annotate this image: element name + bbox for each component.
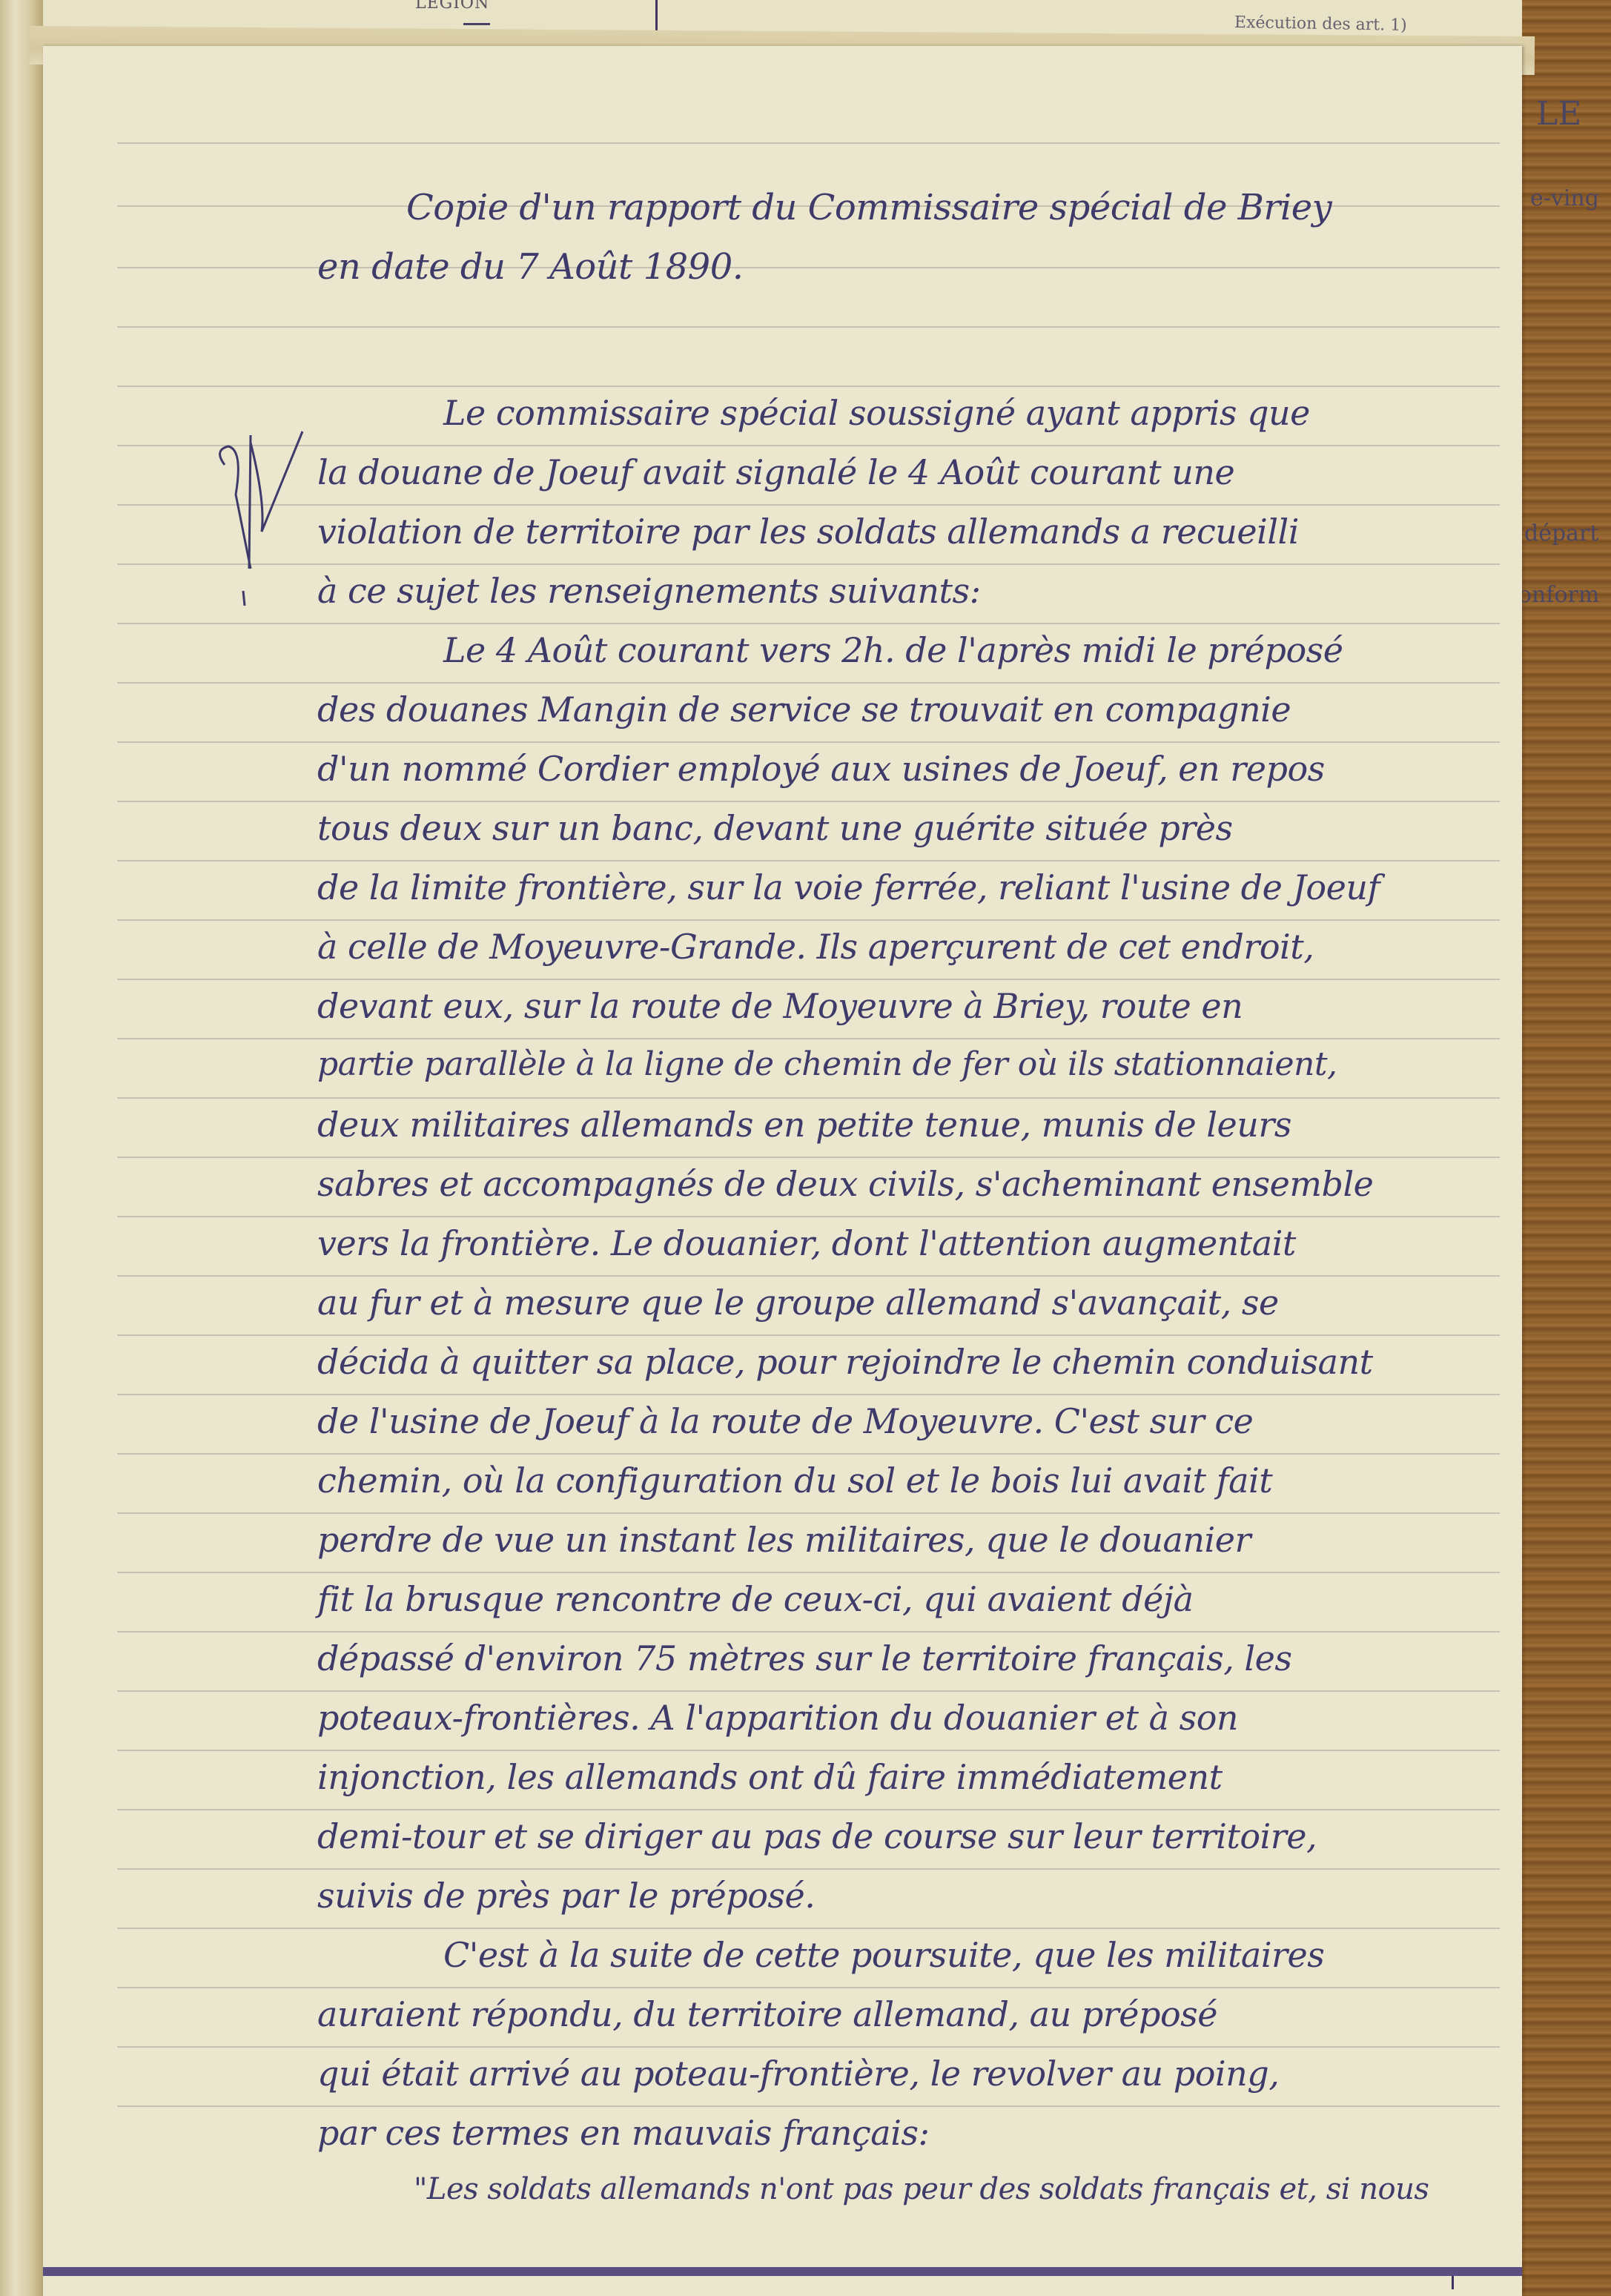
report-line: Le commissaire spécial soussigné ayant a… [443,393,1310,433]
report-line: à ce sujet les renseignements suivants: [317,571,981,611]
report-line: décida à quitter sa place, pour rejoindr… [317,1342,1373,1382]
report-line: fit la brusque rencontre de ceux-ci, qui… [317,1579,1194,1619]
report-line: partie parallèle à la ligne de chemin de… [317,1045,1337,1083]
report-line: qui était arrivé au poteau-frontière, le… [317,2054,1279,2094]
form-dash [463,23,490,25]
report-line: poteaux-frontières. A l'apparition du do… [317,1698,1238,1738]
report-line: de l'usine de Joeuf à la route de Moyeuv… [317,1401,1253,1441]
report-line: à celle de Moyeuvre-Grande. Ils aperçure… [317,927,1314,967]
report-line: des douanes Mangin de service se trouvai… [317,689,1291,730]
form-header-legion: LÉGION [415,0,489,13]
form-header-execution: Exécution des art. 1) [1234,13,1407,35]
report-line: chemin, où la configuration du sol et le… [317,1460,1272,1501]
report-line: vers la frontière. Le douanier, dont l'a… [317,1223,1296,1263]
report-line: au fur et à mesure que le groupe alleman… [317,1283,1279,1323]
report-line: de la limite frontière, sur la voie ferr… [317,867,1380,907]
report-line: violation de territoire par les soldats … [317,512,1299,552]
report-line: deux militaires allemands en petite tenu… [317,1105,1291,1145]
report-line: tous deux sur un banc, devant une guérit… [317,808,1233,848]
form-column-divider [655,0,658,34]
form-fragment-le: LE [1536,95,1581,133]
report-line: devant eux, sur la route de Moyeuvre à B… [317,986,1243,1026]
report-line: sabres et accompagnés de deux civils, s'… [317,1164,1373,1204]
initials-mark-icon [206,420,317,606]
report-line: C'est à la suite de cette poursuite, que… [443,1935,1324,1975]
report-line: demi-tour et se diriger au pas de course… [317,1816,1317,1856]
report-line: la douane de Joeuf avait signalé le 4 Ao… [317,452,1234,492]
document-title-line-2: en date du 7 Août 1890. [317,246,744,288]
form-fragment-depart: départ [1524,520,1598,546]
report-line: dépassé d'environ 75 mètres sur le terri… [317,1638,1291,1678]
report-line: perdre de vue un instant les militaires,… [317,1520,1251,1560]
report-line: d'un nommé Cordier employé aux usines de… [317,749,1325,789]
handwritten-report-page: Copie d'un rapport du Commissaire spécia… [43,46,1522,2296]
left-folder-edge [0,0,43,2296]
report-line: injonction, les allemands ont dû faire i… [317,1757,1223,1797]
form-fragment-onform: onform [1518,582,1599,608]
bottom-border-rule [43,2267,1522,2276]
report-line: suivis de près par le préposé. [317,1876,815,1916]
report-line-quote: "Les soldats allemands n'ont pas peur de… [414,2172,1429,2206]
report-line: par ces termes en mauvais français: [317,2113,930,2153]
form-fragment-ving: e-ving [1530,185,1599,211]
wooden-desk [1522,0,1611,2296]
report-line: Le 4 Août courant vers 2h. de l'après mi… [443,630,1343,670]
document-title-line-1: Copie d'un rapport du Commissaire spécia… [406,187,1332,228]
bottom-rule-tick [1452,2276,1454,2289]
report-line: auraient répondu, du territoire allemand… [317,1994,1217,2034]
